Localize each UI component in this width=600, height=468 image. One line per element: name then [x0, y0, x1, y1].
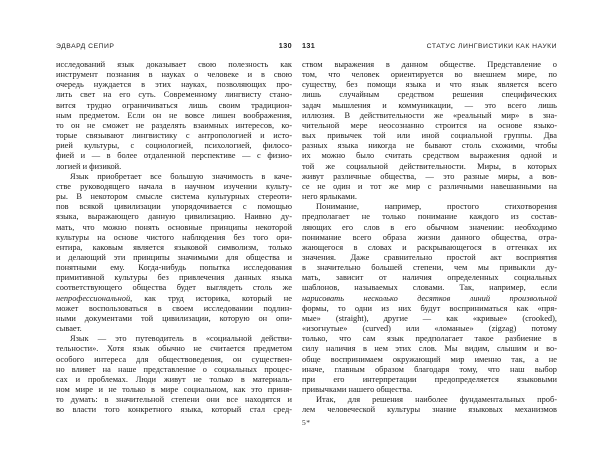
text-line: Понимание, например, простого стихотворе…: [302, 202, 557, 212]
text-line: ляющих его слов в его обычном значении: …: [302, 223, 557, 233]
page-right: 131 СТАТУС ЛИНГВИСТИКИ КАК НАУКИ ством в…: [302, 41, 557, 427]
text-line: иначе, главным образом благодаря тому, ч…: [302, 365, 557, 375]
text-line: рией культуры, с социологией, психологие…: [56, 141, 292, 151]
signature-mark: 5*: [302, 418, 557, 427]
text-line: «изогнутые» (curved) или «ломаные» (zigz…: [302, 324, 557, 334]
running-header: ЭДВАРД СЕПИР 130: [56, 41, 292, 49]
text-line: непрофессиональной, как труд историка, к…: [56, 294, 292, 304]
text-line: особого интереса для обществоведения, он…: [56, 355, 292, 365]
text-line: предполагает не только понимание каждого…: [302, 212, 557, 222]
text-line: ным предметом. Если он не вовсе лишен во…: [56, 111, 292, 121]
text-line: фией и — в более отдаленной перспективе …: [56, 151, 292, 161]
text-line: во власти того конкретного языка, которы…: [56, 405, 292, 415]
text-line: существу, без помощи языка и что язык яв…: [302, 80, 557, 90]
text-line: той же социальной действительности. Миры…: [302, 162, 557, 172]
text-line: ном мире и не только в мире социальном, …: [56, 385, 292, 395]
text-line: стве руководящего начала в научном изуче…: [56, 182, 292, 192]
text-line: силу наличия в нем этих слов. Мы видим, …: [302, 344, 557, 354]
text-line: значения. Даже сравнительно простой акт …: [302, 253, 557, 263]
running-title: ЭДВАРД СЕПИР: [56, 43, 114, 50]
text-line: их можно было считать средством выражени…: [302, 151, 557, 161]
running-header: 131 СТАТУС ЛИНГВИСТИКИ КАК НАУКИ: [302, 41, 557, 49]
text-line: жающегося в словах и раскрывающегося в о…: [302, 243, 557, 253]
text-line: сывает.: [56, 324, 292, 334]
text-line: при его интерпретации предопределяется я…: [302, 375, 557, 385]
text-line: вых привычек той или иной социальной гру…: [302, 131, 557, 141]
text-line: ры. В некотором смысле система культурны…: [56, 192, 292, 202]
text-line: мые» (straight), другие — как «кривые» (…: [302, 314, 557, 324]
text-line: сах и проблемах. Люди живут не только в …: [56, 375, 292, 385]
text-line: ными документами той цивилизации, котору…: [56, 314, 292, 324]
text-line: Язык — это путеводитель в «социальной де…: [56, 334, 292, 344]
text-line: ентира, каковым является языковой символ…: [56, 243, 292, 253]
book-spread: ЭДВАРД СЕПИР 130 исследований язык доказ…: [0, 0, 600, 468]
text-line: понятными ему. Когда-нибудь попытка иссл…: [56, 263, 292, 273]
text-line: лишь случайным средством решения специфи…: [302, 90, 557, 100]
page-number: 131: [302, 41, 315, 50]
text-line: и делающий эти принципы значимыми для об…: [56, 253, 292, 263]
text-line: исследований язык доказывает свою полезн…: [56, 60, 292, 70]
running-title: СТАТУС ЛИНГВИСТИКИ КАК НАУКИ: [427, 43, 557, 50]
text-line: мать, что можно понять основные принципы…: [56, 223, 292, 233]
text-line: мать, зависит от наличия определенных со…: [302, 273, 557, 283]
text-line: задач мышления и коммуникации, — это все…: [302, 101, 557, 111]
text-line: в значительно большей степени, чем мы пр…: [302, 263, 557, 273]
text-line: иллюзия. В действительности же «реальный…: [302, 111, 557, 121]
text-line: может воспользоваться в своем исследован…: [56, 304, 292, 314]
text-line: формы, то одни из них будут воспринимать…: [302, 304, 557, 314]
text-line: нарисовать несколько десятков линий прои…: [302, 294, 557, 304]
text-line: Итак, для решения наиболее фундаментальн…: [302, 395, 557, 405]
text-line: привычками нашего общества.: [302, 385, 557, 395]
text-line: вится трудно ограничиваться лишь своим т…: [56, 101, 292, 111]
text-line: культуры на основе чистого наблюдения бе…: [56, 233, 292, 243]
text-line: инструмент познания в науках о человеке …: [56, 70, 292, 80]
text-line: языка, выражающего данную цивилизацию. Н…: [56, 212, 292, 222]
page-text: ством выражения в данном обществе. Предс…: [302, 60, 557, 415]
text-line: Язык приобретает все большую значимость …: [56, 172, 292, 182]
text-line: то думать: в значительной степени они вс…: [56, 395, 292, 405]
text-line: шаблонов, называемых словами. Так, напри…: [302, 283, 557, 293]
text-line: то он не сможет не разделять взаимных ин…: [56, 121, 292, 131]
text-line: разных языка никогда не бывают столь схо…: [302, 141, 557, 151]
text-line: лить свет на его суть. Современному линг…: [56, 90, 292, 100]
text-line: понимание всего образа жизни данного общ…: [302, 233, 557, 243]
text-line: торые связывают лингвистику с антрополог…: [56, 131, 292, 141]
page-text: исследований язык доказывает свою полезн…: [56, 60, 292, 415]
text-line: него ярлыками.: [302, 192, 557, 202]
text-line: очередь нуждается в этих науках, позволя…: [56, 80, 292, 90]
text-line: обще воспринимаем окружающий мир именно …: [302, 355, 557, 365]
page-left: ЭДВАРД СЕПИР 130 исследований язык доказ…: [56, 41, 292, 415]
page-number: 130: [279, 41, 292, 50]
text-line: лем человеческой культуры знание языковы…: [302, 405, 557, 415]
text-line: пов всякой цивилизации упорядочивается с…: [56, 202, 292, 212]
text-line: только, что сам язык предполагает такое …: [302, 334, 557, 344]
text-line: живут различные общества, — это разные м…: [302, 172, 557, 182]
text-line: примитивной культуры без привлечения дан…: [56, 273, 292, 283]
text-line: се не один и тот же мир с различными нав…: [302, 182, 557, 192]
text-line: том, что человек ориентируется во внешне…: [302, 70, 557, 80]
text-line: чительной мере неосознанно строится на о…: [302, 121, 557, 131]
text-line: ством выражения в данном обществе. Предс…: [302, 60, 557, 70]
text-line: тельности». Хотя язык обычно не считаетс…: [56, 344, 292, 354]
text-line: соответствующего общества будет выглядет…: [56, 283, 292, 293]
text-line: логией и физикой.: [56, 162, 292, 172]
text-line: но влияет на наше представление о социал…: [56, 365, 292, 375]
